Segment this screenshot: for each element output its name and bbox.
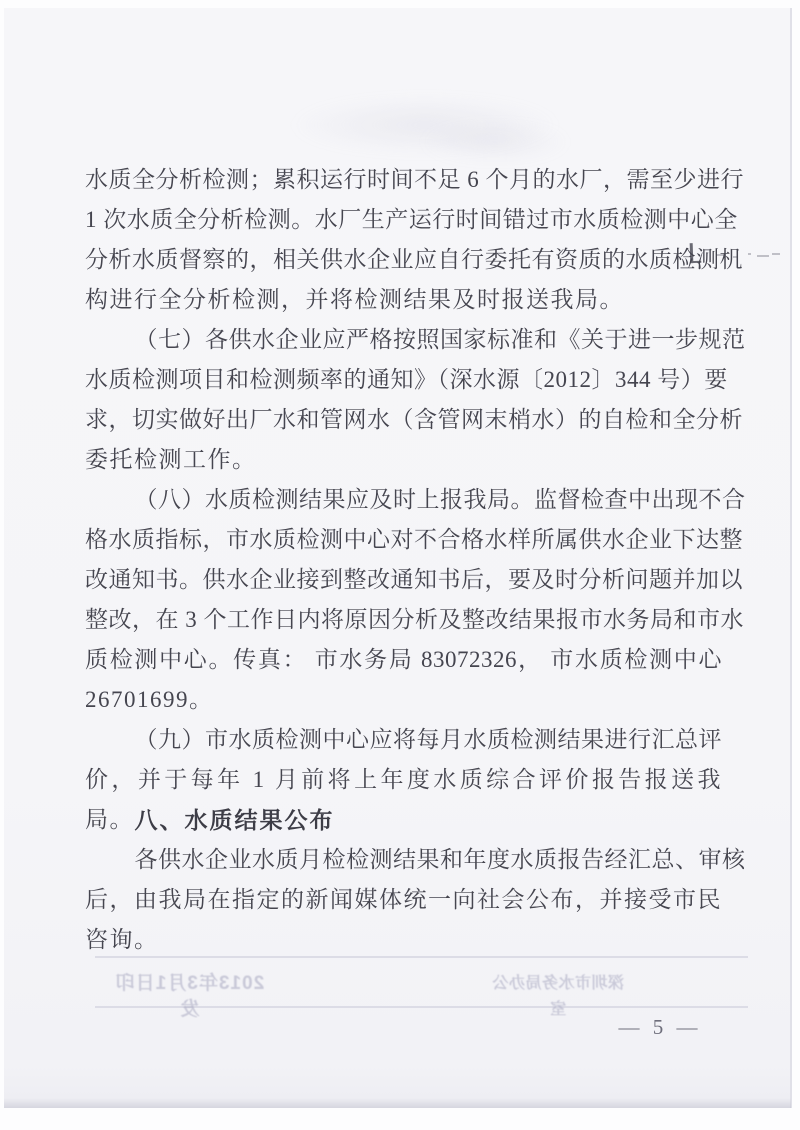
text-line: 26701699。 xyxy=(85,680,722,720)
text-line: （九）市水质检测中心应将每月水质检测结果进行汇总评 xyxy=(85,720,722,760)
text-line: 价，并于每年 1 月前将上年度水质综合评价报告报送我局。 xyxy=(85,760,722,800)
colophon-rule-bottom xyxy=(95,1006,748,1008)
paper-right-edge xyxy=(790,8,792,1108)
text-line: 格水质指标，市水质检测中心对不合格水样所属供水企业下达整 xyxy=(85,520,722,560)
text-line: 改通知书。供水企业接到整改通知书后，要及时分析问题并加以 xyxy=(85,560,722,600)
text-line: 后，由我局在指定的新闻媒体统一向社会公布，并接受市民咨询。 xyxy=(85,880,722,920)
text-line: （八）水质检测结果应及时上报我局。监督检查中出现不合 xyxy=(85,480,722,520)
scan-speck xyxy=(757,255,769,257)
text-line: 各供水企业水质月检检测结果和年度水质报告经汇总、审核 xyxy=(85,840,722,880)
scan-bottom-shadow xyxy=(4,1098,791,1108)
scanned-document-page: 水质全分析检测；累积运行时间不足 6 个月的水厂，需至少进行1 次水质全分析检测… xyxy=(0,0,800,1130)
text-line: 水质检测项目和检测频率的通知》（深水源〔2012〕344 号）要 xyxy=(85,360,722,400)
bleedthrough-smudge xyxy=(420,122,570,162)
text-line: （七）各供水企业应严格按照国家标准和《关于进一步规范 xyxy=(85,320,722,360)
bleedthrough-issuing-office: 深圳市水务局办公室 xyxy=(488,971,628,997)
text-line: 水质全分析检测；累积运行时间不足 6 个月的水厂，需至少进行 xyxy=(85,160,722,200)
page-number: — 5 — xyxy=(595,1013,725,1041)
bleedthrough-print-date: 2013年3月1日印发 xyxy=(112,971,267,997)
scan-speck xyxy=(748,253,751,255)
text-line: 整改，在 3 个工作日内将原因分析及整改结果报市水务局和市水 xyxy=(85,600,722,640)
scan-speck xyxy=(772,253,780,255)
text-line: 求，切实做好出厂水和管网水（含管网末梢水）的自检和全分析 xyxy=(85,400,722,440)
text-line: 构进行全分析检测，并将检测结果及时报送我局。 xyxy=(85,280,722,320)
document-body: 水质全分析检测；累积运行时间不足 6 个月的水厂，需至少进行1 次水质全分析检测… xyxy=(85,160,722,920)
text-line: 分析水质督察的，相关供水企业应自行委托有资质的水质检测机 xyxy=(85,240,722,280)
colophon-rule-top xyxy=(95,956,748,958)
section-heading: 八、水质结果公布 xyxy=(85,800,722,840)
text-line: 委托检测工作。 xyxy=(85,440,722,480)
text-line: 1 次水质全分析检测。水厂生产运行时间错过市水质检测中心全 xyxy=(85,200,722,240)
text-line: 质检测中心。传真： 市水务局 83072326， 市水质检测中心 xyxy=(85,640,722,680)
